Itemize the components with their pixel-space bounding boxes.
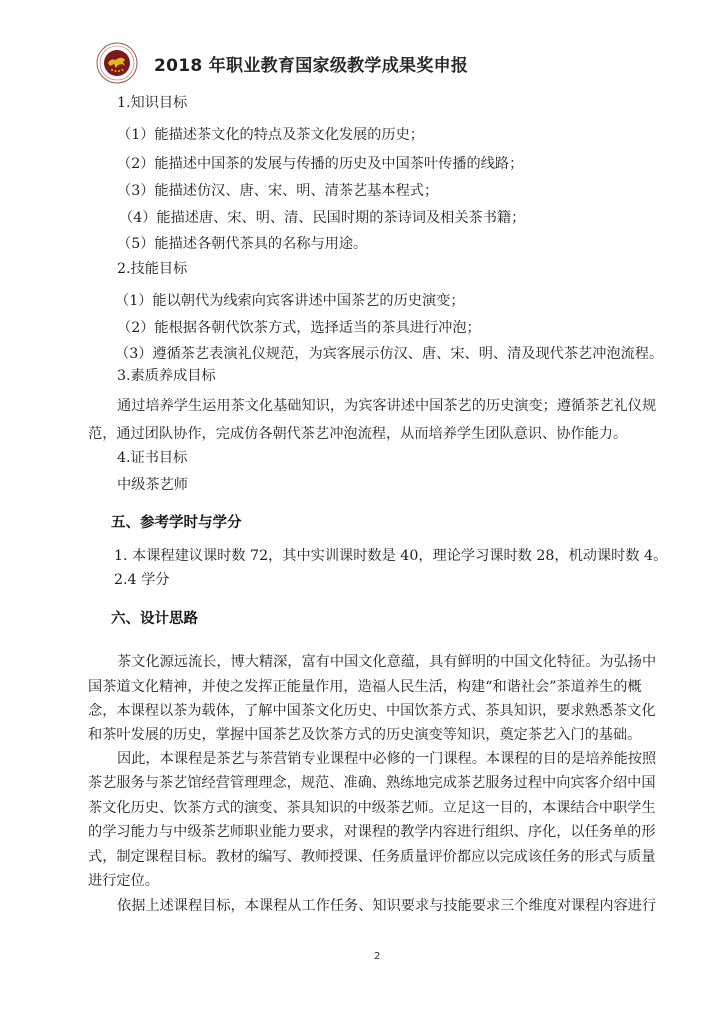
section-heading: 2.技能目标 [117, 258, 187, 278]
section-heading: 3.素质养成目标 [117, 365, 216, 385]
paragraph-line: 式，制定课程目标。教材的编写、教师授课、任务质量评价都应以完成该任务的形式与质量 [88, 846, 656, 866]
school-seal-logo-icon [96, 42, 138, 84]
page-number: 2 [374, 951, 380, 962]
paragraph-line: 依据上述课程目标，本课程从工作任务、知识要求与技能要求三个维度对课程内容进行 [117, 895, 656, 915]
list-item: （3）能描述仿汉、唐、宋、明、清茶艺基本程式； [117, 180, 438, 200]
section-heading: 五、参考学时与学分 [111, 511, 242, 532]
paragraph-line: 茶文化源远流长，博大精深，富有中国文化意蕴，具有鲜明的中国文化特征。为弘扬中 [117, 651, 656, 671]
list-item: （4）能描述唐、宋、明、清、民国时期的茶诗词及相关茶书籍； [119, 207, 525, 227]
paragraph-line: 进行定位。 [88, 870, 159, 890]
list-item: 1. 本课程建议课时数 72，其中实训课时数是 40，理论学习课时数 28，机动… [114, 545, 667, 565]
list-item: （2）能描述中国茶的发展与传播的历史及中国茶叶传播的线路； [117, 153, 523, 173]
paragraph-line: 茶艺服务与茶艺馆经营管理理念，规范、准确、熟练地完成茶艺服务过程中向宾客介绍中国 [88, 772, 656, 792]
header-title: 2018 年职业教育国家级教学成果奖申报 [154, 51, 468, 76]
paragraph-line: 范，通过团队协作，完成仿各朝代茶艺冲泡流程，从而培养学生团队意识、协作能力。 [88, 423, 627, 443]
section-heading: 1.知识目标 [117, 92, 187, 112]
list-item: （1）能以朝代为线索向宾客讲述中国茶艺的历史演变； [115, 290, 465, 310]
paragraph-line: 的学习能力与中级茶艺师职业能力要求，对课程的教学内容进行组织、序化，以任务单的形 [88, 821, 656, 841]
paragraph-line: 念，本课程以茶为载体，了解中国茶文化历史、中国饮茶方式、茶具知识，要求熟悉茶文化 [88, 700, 656, 720]
paragraph-line: 和茶叶发展的历史，掌握中国茶艺及饮茶方式的历史演变等知识，奠定茶艺入门的基础。 [88, 724, 641, 744]
paragraph-line: 国茶道文化精神，并使之发挥正能量作用，造福人民生活，构建“和谐社会”茶道养生的概 [88, 676, 642, 696]
paragraph-line: 通过培养学生运用茶文化基础知识，为宾客讲述中国茶艺的历史演变；遵循茶艺礼仪规 [117, 395, 656, 415]
list-item: （5）能描述各朝代茶具的名称与用途。 [117, 233, 367, 253]
list-item: （1）能描述茶文化的特点及茶文化发展的历史； [117, 124, 424, 144]
section-heading: 4.证书目标 [117, 447, 187, 467]
list-item: （2）能根据各朝代饮茶方式，选择适当的茶具进行冲泡； [117, 317, 481, 337]
certificate-value: 中级茶艺师 [117, 474, 188, 494]
section-heading: 六、设计思路 [111, 607, 198, 628]
list-item: （3）遵循茶艺表演礼仪规范，为宾客展示仿汉、唐、宋、明、清及现代茶艺冲泡流程。 [115, 343, 663, 363]
document-header: 2018 年职业教育国家级教学成果奖申报 [96, 42, 616, 86]
list-item: 2.4 学分 [114, 569, 169, 589]
paragraph-line: 因此，本课程是茶艺与茶营销专业课程中必修的一门课程。本课程的目的是培养能按照 [117, 748, 656, 768]
paragraph-line: 茶文化历史、饮茶方式的演变、茶具知识的中级茶艺师。立足这一目的，本课结合中职学生 [88, 797, 656, 817]
